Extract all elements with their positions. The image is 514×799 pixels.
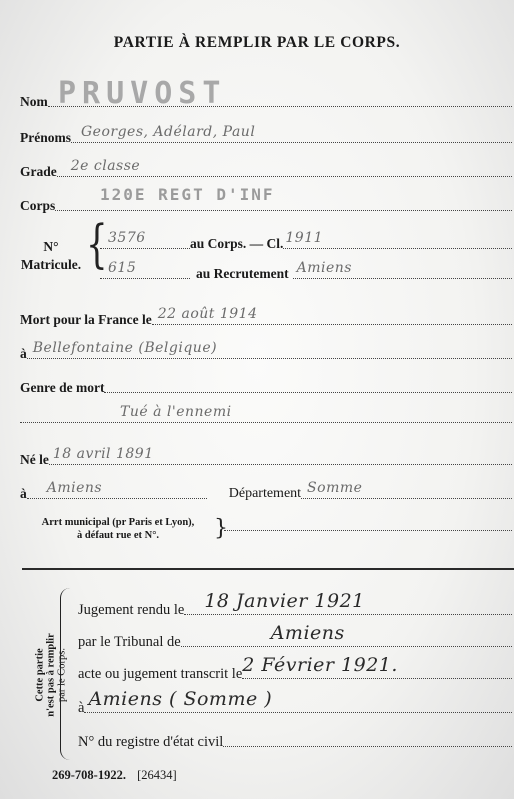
prenoms-value: Georges, Adélard, Paul	[81, 124, 255, 140]
lieu-deces-value: Bellefontaine (Belgique)	[33, 340, 217, 356]
nom-value: PRUVOST	[58, 76, 226, 111]
field-lieu-deces: à Bellefontaine (Belgique)	[20, 340, 512, 362]
corps-value: 120E REGT D'INF	[100, 185, 275, 204]
print-reference: 269-708-1922. [26434]	[52, 768, 177, 783]
transcrit-value: 2 Février 1921.	[242, 654, 398, 676]
corps-label: Corps	[20, 198, 55, 214]
field-tribunal: par le Tribunal de Amiens	[78, 628, 512, 650]
field-ne-le: Né le 18 avril 1891	[20, 446, 512, 468]
field-matricule-recrutement: 615 au Recrutement Amiens	[100, 260, 512, 282]
field-mort-pour-la-france: Mort pour la France le 22 août 1914	[20, 306, 512, 328]
transcrit-lieu-value: Amiens ( Somme )	[88, 688, 272, 710]
field-grade: Grade 2e classe	[20, 158, 512, 180]
mort-date: 22 août 1914	[158, 306, 258, 322]
field-jugement-rendu: Jugement rendu le 18 Janvier 1921	[78, 596, 512, 618]
lieu-naissance-label: à	[20, 486, 27, 502]
au-corps-label: au Corps. — Cl.	[190, 236, 283, 252]
jugement-rendu-value: 18 Janvier 1921	[204, 590, 364, 612]
ne-le-value: 18 avril 1891	[53, 446, 154, 462]
grade-label: Grade	[20, 164, 57, 180]
arr-municipal-label: Arrt municipal (pr Paris et Lyon), à déf…	[22, 516, 214, 542]
document-page: PARTIE À REMPLIR PAR LE CORPS. Nom PRUVO…	[0, 0, 514, 799]
lieu-deces-label: à	[20, 346, 27, 362]
page-title: PARTIE À REMPLIR PAR LE CORPS.	[0, 34, 514, 52]
registre-label: N° du registre d'état civil	[78, 734, 223, 750]
matricule-recrutement-number: 615	[108, 260, 136, 276]
grade-value: 2e classe	[71, 158, 140, 174]
nom-label: Nom	[20, 94, 48, 110]
lieu-naissance-value: Amiens	[47, 480, 102, 496]
mort-label: Mort pour la France le	[20, 312, 152, 328]
matricule-label: N° Matricule.	[20, 238, 82, 274]
genre-de-mort-label: Genre de mort	[20, 380, 104, 396]
side-note: Cette partie n'est pas à remplir par le …	[22, 590, 80, 760]
field-prenoms: Prénoms Georges, Adélard, Paul	[20, 124, 512, 146]
field-genre-de-mort-value: Tué à l'ennemi	[20, 404, 512, 426]
departement-label: Département	[229, 486, 301, 502]
matricule-corps-number: 3576	[108, 230, 146, 246]
au-recrutement-label: au Recrutement	[196, 266, 289, 282]
jugement-rendu-label: Jugement rendu le	[78, 602, 184, 618]
section-brace	[60, 588, 71, 760]
field-transcrit-lieu: à Amiens ( Somme )	[78, 694, 512, 716]
recrutement-place: Amiens	[297, 260, 352, 276]
field-lieu-naissance: à Amiens Département Somme	[20, 480, 512, 502]
field-arr-municipal	[224, 512, 512, 534]
field-registre: N° du registre d'état civil	[78, 728, 512, 750]
tribunal-value: Amiens	[271, 622, 345, 644]
field-genre-de-mort: Genre de mort	[20, 374, 512, 396]
tribunal-label: par le Tribunal de	[78, 634, 181, 650]
arr-municipal-value	[224, 529, 512, 531]
field-transcrit: acte ou jugement transcrit le 2 Février …	[78, 660, 512, 682]
transcrit-label: acte ou jugement transcrit le	[78, 666, 242, 682]
prenoms-label: Prénoms	[20, 130, 71, 146]
ne-le-label: Né le	[20, 452, 49, 468]
departement-value: Somme	[307, 480, 362, 496]
section-divider	[22, 568, 514, 570]
registre-value	[223, 745, 512, 747]
transcrit-lieu-label: à	[78, 700, 84, 716]
field-matricule-corps: 3576 au Corps. — Cl. 1911	[100, 230, 512, 252]
classe-value: 1911	[285, 230, 323, 246]
genre-de-mort-value: Tué à l'ennemi	[120, 404, 232, 420]
